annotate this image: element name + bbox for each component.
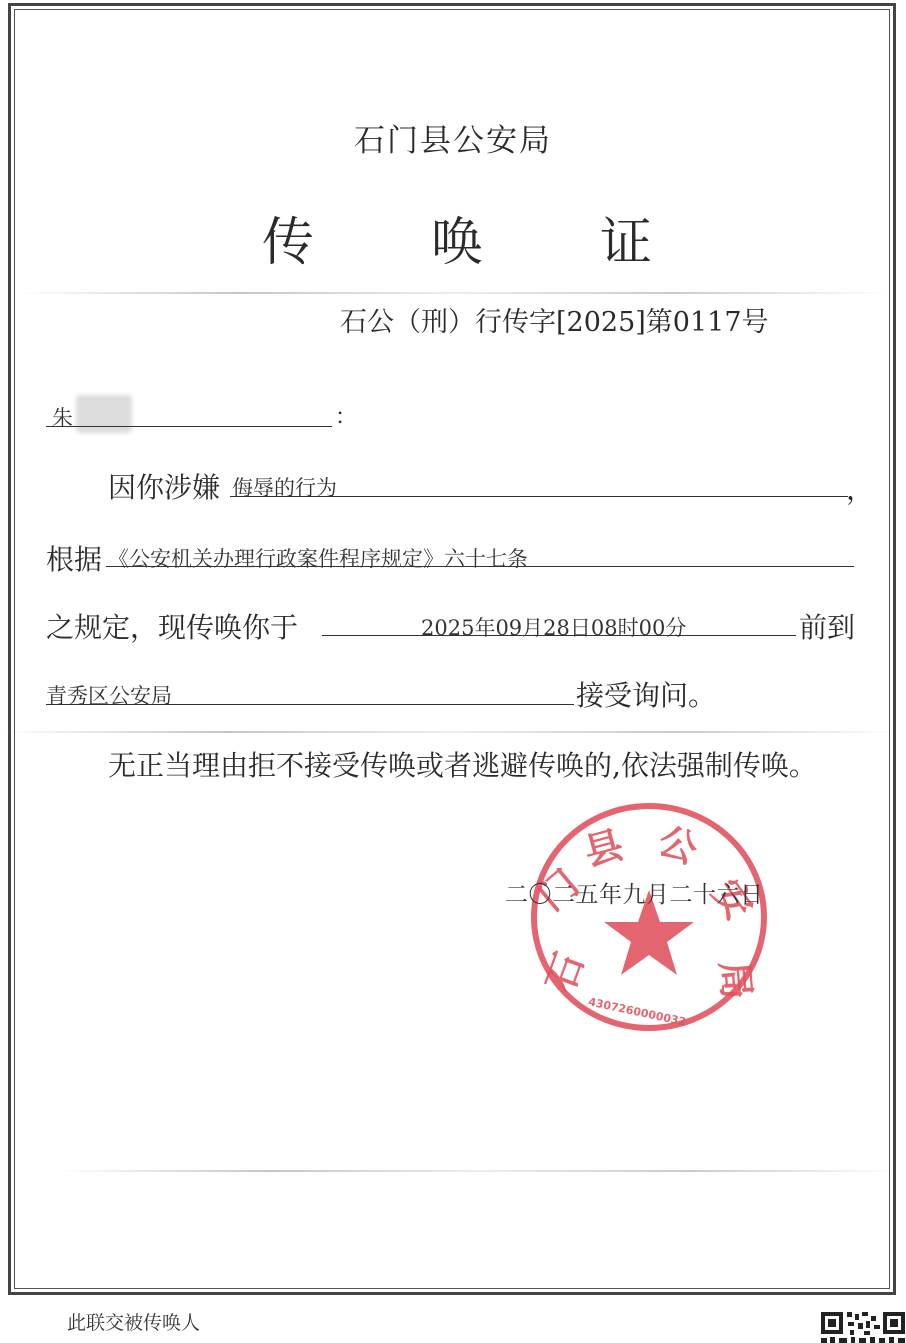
seal-char-shi: 石 [538, 947, 592, 998]
seal-char-gong: 公 [653, 818, 704, 872]
offense-underline [230, 496, 848, 497]
summons-label: 之规定，现传唤你于 [46, 606, 298, 646]
recipient-colon: ： [335, 400, 357, 431]
summons-datetime: 2025年09月28日08时00分 [421, 612, 686, 642]
recipient-name: 朱 [52, 402, 73, 432]
redacted-name-mask [76, 395, 132, 433]
legal-basis-label: 根据 [46, 538, 102, 578]
interrogation-label: 接受询问。 [576, 674, 716, 714]
summons-arrive-label: 前到 [799, 606, 855, 646]
summons-location: 青秀区公安局 [46, 680, 172, 710]
line1-comma: ， [846, 468, 874, 508]
suspected-offense: 侮辱的行为 [232, 472, 337, 502]
seal-char-xian: 县 [580, 822, 628, 874]
scan-fold-line [60, 1170, 900, 1172]
copy-note: 此联交被传唤人 [67, 1308, 200, 1335]
seal-char-ju: 局 [712, 959, 759, 1001]
location-underline [46, 704, 574, 705]
document-number: 石公（刑）行传字[2025]第0117号 [340, 300, 769, 339]
scan-fold-line [0, 731, 900, 733]
seal-serial: 4307260000032 [587, 995, 687, 1028]
recipient-underline [46, 426, 332, 427]
suspected-label: 因你涉嫌 [108, 466, 220, 506]
datetime-underline [322, 635, 796, 636]
title-char-2: 唤 [431, 200, 483, 275]
title-char-3: 证 [600, 200, 652, 275]
legal-basis-underline [106, 566, 854, 567]
issuing-agency: 石门县公安局 [0, 115, 906, 160]
qr-code-icon [820, 1310, 906, 1343]
scan-fold-line [20, 292, 890, 294]
issue-date: 二〇二五年九月二十六日 [505, 876, 764, 909]
compulsory-summons-warning: 无正当理由拒不接受传唤或者逃避传唤的,依法强制传唤。 [108, 744, 817, 784]
official-seal: 石 门 县 公 安 局 4307260000032 [527, 800, 772, 1035]
legal-basis: 《公安机关办理行政案件程序规定》六十七条 [108, 543, 528, 573]
title-char-1: 传 [262, 200, 314, 275]
